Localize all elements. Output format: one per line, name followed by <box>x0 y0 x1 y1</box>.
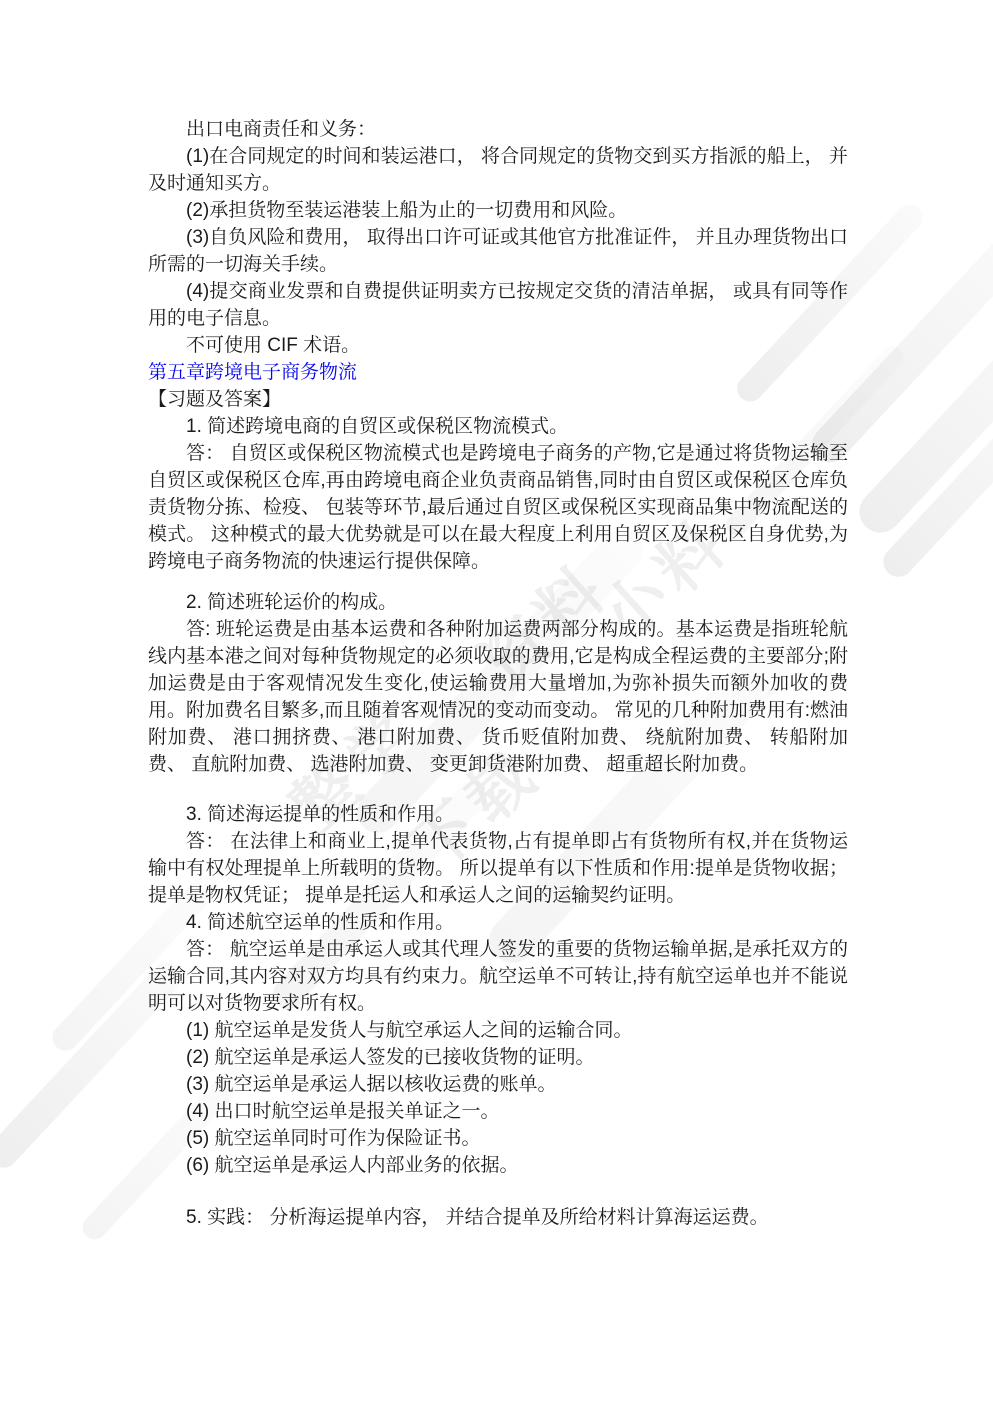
paragraph-gap <box>148 778 848 801</box>
list-item: (5) 航空运单同时可作为保险证书。 <box>148 1125 848 1152</box>
paragraph-gap <box>148 575 848 589</box>
paragraph: (4)提交商业发票和自费提供证明卖方已按规定交货的清洁单据， 或具有同等作用的电… <box>148 278 848 332</box>
document-body: 出口电商责任和义务：(1)在合同规定的时间和装运港口， 将合同规定的货物交到买方… <box>148 116 848 1231</box>
paragraph-gap <box>148 1179 848 1204</box>
paragraph: 不可使用 CIF 术语。 <box>148 332 848 359</box>
list-item: (1) 航空运单是发货人与航空承运人之间的运输合同。 <box>148 1017 848 1044</box>
paragraph: 出口电商责任和义务： <box>148 116 848 143</box>
answer-1: 答： 自贸区或保税区物流模式也是跨境电子商务的产物,它是通过将货物运输至自贸区或… <box>148 440 848 575</box>
answer-3: 答： 在法律上和商业上,提单代表货物,占有提单即占有货物所有权,并在货物运输中有… <box>148 828 848 909</box>
paragraph: (2)承担货物至装运港装上船为止的一切费用和风险。 <box>148 197 848 224</box>
list-item: (3) 航空运单是承运人据以核收运费的账单。 <box>148 1071 848 1098</box>
answer-4: 答： 航空运单是由承运人或其代理人签发的重要的货物运输单据,是承托双方的运输合同… <box>148 936 848 1017</box>
brush-stroke <box>877 387 993 583</box>
question-5: 5. 实践： 分析海运提单内容， 并结合提单及所给材料计算海运运费。 <box>148 1204 848 1231</box>
question-3: 3. 简述海运提单的性质和作用。 <box>148 801 848 828</box>
document-page: 资料 小料 整学 下载 出口电商责任和义务：(1)在合同规定的时间和装运港口， … <box>0 0 993 1404</box>
question-4: 4. 简述航空运单的性质和作用。 <box>148 909 848 936</box>
chapter-heading: 第五章跨境电子商务物流 <box>148 359 848 386</box>
list-item: (4) 出口时航空运单是报关单证之一。 <box>148 1098 848 1125</box>
question-1: 1. 简述跨境电商的自贸区或保税区物流模式。 <box>148 413 848 440</box>
paragraph: (1)在合同规定的时间和装运港口， 将合同规定的货物交到买方指派的船上， 并及时… <box>148 143 848 197</box>
section-label: 【习题及答案】 <box>148 386 848 413</box>
paragraph: (3)自负风险和费用， 取得出口许可证或其他官方批准证件， 并且办理货物出口所需… <box>148 224 848 278</box>
list-item: (2) 航空运单是承运人签发的已接收货物的证明。 <box>148 1044 848 1071</box>
list-item: (6) 航空运单是承运人内部业务的依据。 <box>148 1152 848 1179</box>
answer-2: 答: 班轮运费是由基本运费和各种附加运费两部分构成的。基本运费是指班轮航线内基本… <box>148 616 848 778</box>
question-2: 2. 简述班轮运价的构成。 <box>148 589 848 616</box>
brush-stroke <box>851 301 993 542</box>
